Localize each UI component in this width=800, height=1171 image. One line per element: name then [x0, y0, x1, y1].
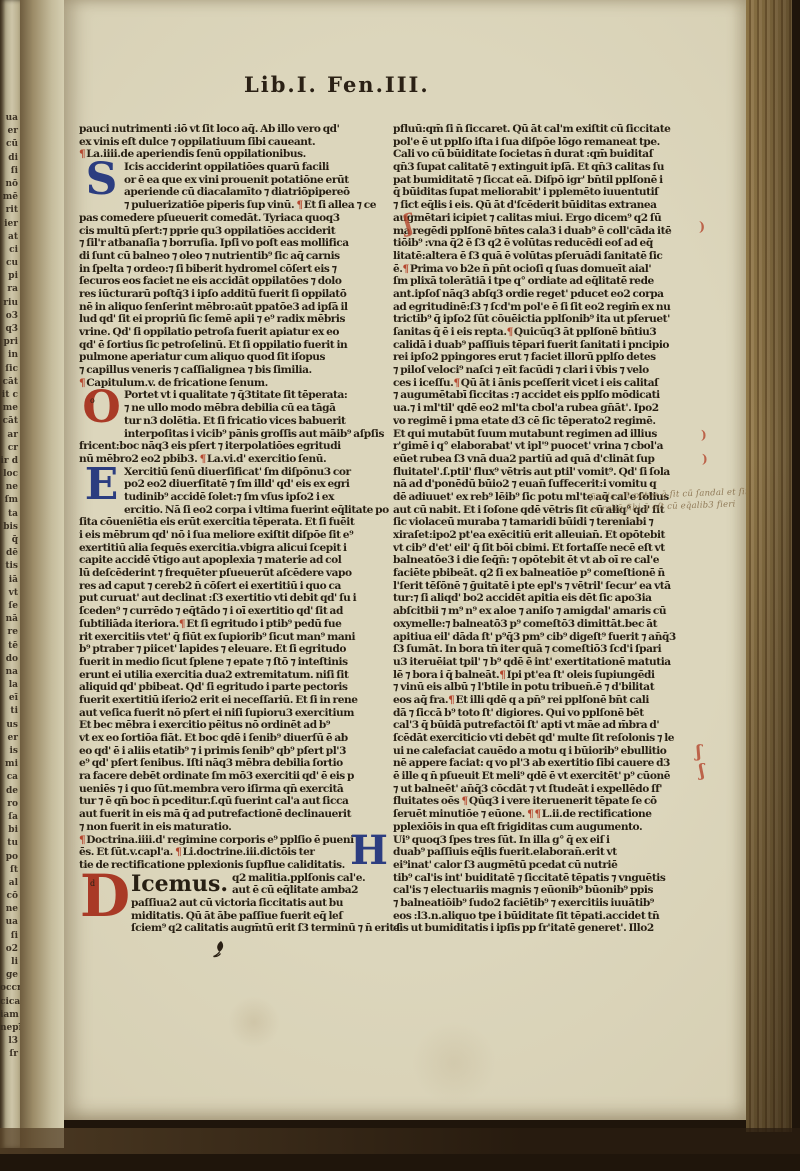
edge-text-fragment: ſe [0, 600, 20, 613]
edge-text-fragment: ne [0, 481, 20, 494]
text-line: tib⁹ cal'is int' buiditatē ⁊ ſiccitatē t… [393, 872, 701, 885]
text-line: abſcitbii ⁊ m⁹ n⁹ ex aloe ⁊ aniſo ⁊ amig… [393, 605, 701, 618]
text-line: ⁊ balneatiōib⁹ ſudo2 faciētib⁹ ⁊ exercit… [393, 897, 701, 910]
text-line: augmētari icipiet ⁊ calitas miui. Ergo d… [393, 212, 701, 225]
text-block: pauci nutrimenti :iō vt ſit loco aq̄. Ab… [79, 123, 402, 161]
text-line: ſ3 ſumāt. In bora tn̄ iter quā ⁊ comeſti… [393, 643, 701, 656]
text-line: trictib⁹ q̄ ipſo2 ſūt cōuēictia pplſonib… [393, 313, 701, 326]
text-line: pas comedere pſueuerit comedāt. Tyriaca … [79, 212, 402, 225]
edge-text-fragment: tis [0, 560, 20, 573]
edge-text-fragment: tē [0, 640, 20, 653]
text-line: put curuat' aut declinat :ſ3 exertitio v… [79, 592, 402, 605]
edge-text-fragment: eī [0, 692, 20, 705]
text-line: ra facere debēt ordinate ſm mō3 exerciti… [79, 770, 402, 783]
text-line: Icis acciderint oppilatiōes quarū facili [124, 161, 402, 174]
pilcrow-mark: ¶ [200, 453, 207, 465]
text-line: ces i iceſſu.¶Qū āt i ānis pceſſerit vic… [393, 377, 701, 390]
gutter-shadow [20, 0, 64, 1148]
text-line: qd' ē ſortius ſic petroſelinū. Et ſi opp… [79, 339, 402, 352]
text-line: ſic violaceū muraba ⁊ tamaridi būidi ⁊ t… [393, 516, 701, 529]
text-line: b⁹ ptraber ⁊ piicet' lapides ⁊ eleuare. … [79, 643, 402, 656]
edge-text-fragment: ſi [0, 165, 20, 178]
incipit-stack: q2 malitia.pplſonis cal'e.aut ē cū eq̄li… [232, 872, 365, 897]
text-block: ¶Capitulum.v. de fricatione ſenum. [79, 377, 402, 390]
edge-text-fragment: pri [0, 336, 20, 349]
edge-text-fragment: occr [0, 982, 20, 995]
book-page: Lib.I. Fen.III. pauci nutrimenti :iō vt … [64, 0, 746, 1120]
text-line: eis ut bumiditatis i ipſis pp ſr'itatē g… [393, 922, 701, 935]
edge-text-fragment: ca [0, 771, 20, 784]
text-line: Portet vt i qualitate ⁊ q̄3titate ſit tē… [124, 389, 402, 402]
text-line: ē.¶Prima vo b2e n̄ pn̄t ocioſi q ſuas do… [393, 263, 701, 276]
edge-text-fragment: rit [0, 204, 20, 217]
edge-text-fragment: pi [0, 270, 20, 283]
running-header: Lib.I. Fen.III. [244, 72, 430, 97]
text-line: u3 iteruēiat tpil' ⁊ b⁹ qdē ē int' exert… [393, 656, 701, 669]
edge-text-fragment: us [0, 719, 20, 732]
text-block: pfluū:qm̄ ſi n̄ ſiccaret. Qū āt cal'm ex… [393, 123, 701, 834]
incipit-row: Icemus.q2 malitia.pplſonis cal'e.aut ē c… [131, 872, 402, 897]
text-line: paſſiua2 aut cū victoria ſiccitatis aut … [131, 897, 402, 910]
text-line: res ad caput ⁊ cereb2 n̄ cōſert ei exert… [79, 580, 402, 593]
text-line: xiraſet:ipo2 pt'ea exēcitiū erit alleuia… [393, 529, 701, 542]
text-line: ⁊ augumētabī ſiccitas :⁊ accidet eis ppl… [393, 389, 701, 402]
pilcrow-mark: ¶ [499, 669, 506, 681]
text-line: qn̄3 ſupat calitatē ⁊ extinguit ipſā. Et… [393, 161, 701, 174]
edge-text-fragment: ra [0, 283, 20, 296]
edge-text-fragment: mē [0, 191, 20, 204]
text-line: exertitiū alia ſequēs exercitia.vbigra a… [79, 542, 402, 555]
text-line: ui ne calefaciat cauēdo a motu q i būior… [393, 745, 701, 758]
text-block: OoPortet vt i qualitate ⁊ q̄3titate ſit … [79, 389, 402, 465]
text-line: fuerit exertitiū iſerio2 erit ei neceſſa… [79, 694, 402, 707]
text-line: ⁊ ſil'r atbanaſia ⁊ borruſia. Ipſi vo po… [79, 237, 402, 250]
text-line: eos aq̄ fra.¶Et illi qdē q a pn̄⁹ rei pp… [393, 694, 701, 707]
text-line: pol'e ē ut pplſo iſta i ſua diſpōe lōgo … [393, 136, 701, 149]
edge-text-fragment: ua [0, 916, 20, 929]
edge-text-fragment: ar [0, 429, 20, 442]
text-line: ⁊ vinū eis albū ⁊ l'btile in potu tribue… [393, 681, 701, 694]
edge-text-fragment: in [0, 349, 20, 362]
edge-text-fragment: ir d [0, 455, 20, 468]
book-photo: uaercūdiſinōmēritieratcicupirariuo3q3pri… [0, 0, 800, 1171]
text-line: duab⁹ paſſiuis eq̄lis fuerit.elaboran̄.e… [393, 846, 701, 859]
edge-text-fragment: di [0, 152, 20, 165]
text-line: pat bumiditatē ⁊ ſiccat eā. Diſpō igr' b… [393, 174, 701, 187]
text-line: fluitatel'.ſ.ptil' flux⁹ vētris aut ptil… [393, 466, 701, 479]
text-line: ant.ipſoſ nāq3 abſq3 ordie reget' pducet… [393, 288, 701, 301]
pilcrow-mark: ¶ [448, 694, 455, 706]
edge-text-fragment: ſic [0, 363, 20, 376]
illuminated-initial-S: S [79, 161, 124, 199]
edge-text-fragment: is [0, 745, 20, 758]
text-line: tudinib⁹ accidē ſolet:⁊ ſm vſus ipſo2 i … [124, 491, 402, 504]
edge-text-fragment: cu [0, 257, 20, 270]
illuminated-initial-D: Dd [79, 872, 131, 923]
edge-text-fragment: o3 [0, 310, 20, 323]
text-line: ſanitas q̄ ē i eis repta.¶Quicūq3 āt ppl… [393, 326, 701, 339]
text-line: ſita cōueniētia eis erūt exercitia tēper… [79, 516, 402, 529]
text-block: SIcis acciderint oppilatiōes quarū facil… [79, 161, 402, 377]
text-line: ei⁹inat' calor ſ3 augmētū pcedat cū nutr… [393, 859, 701, 872]
text-line: nē appere faciat: q vo pl'3 ab exertitio… [393, 757, 701, 770]
text-line: lū deſcēderint ⁊ frequēter pſueuerūt aſc… [79, 567, 402, 580]
text-line: Cali vo cū būiditate ſocietas n̄ durat :… [393, 148, 701, 161]
edge-text-fragment: cāt [0, 415, 20, 428]
text-line: lud qd' ſit ei propriū ſic ſemē apii ⁊ e… [79, 313, 402, 326]
guide-letter: d [90, 880, 95, 888]
text-line: ſm plixā tolerātiā i tpe q° ordiate ad e… [393, 275, 701, 288]
text-line: ma regēdi pplſonē bn̄tes cala3 i duab⁹ ē… [393, 225, 701, 238]
text-line: eos :l3.n.aliquo tpe i būiditate ſit tēp… [393, 910, 701, 923]
text-line: i eis mēbrum qd' nō i ſua meliore exiſti… [79, 529, 402, 542]
text-line: pfluū:qm̄ ſi n̄ ſiccaret. Qū āt cal'm ex… [393, 123, 701, 136]
text-line: e⁹ qd' pſert ſenibus. Iſti nāq3 mēbra de… [79, 757, 402, 770]
text-line: or ē ea que ex vini prouenit potatiōne e… [124, 174, 402, 187]
pilcrow-mark: ¶ [79, 834, 86, 846]
text-line: l'ſerit tēſōnē ⁊ ḡuitatē i pte epl's ⁊ v… [393, 580, 701, 593]
text-line: pplexiōis in qua eſt frigiditas cum augu… [393, 821, 701, 834]
text-line: Et qui mutabūt ſuum mutabunt regimen ad … [393, 428, 701, 441]
text-line: apitiua eil' dāda ſt' p⁹q̄3 pm⁹ cib⁹ dig… [393, 631, 701, 644]
edge-text-fragment: cr [0, 442, 20, 455]
text-line: balneatōe3 i die ſeq̄n̄: ⁊ opōtebit ēt v… [393, 554, 701, 567]
pilcrow-mark: ¶ [507, 326, 514, 338]
edge-text-fragment: ge [0, 969, 20, 982]
pilcrow-mark: ¶ [296, 199, 303, 211]
pilcrow-mark: ¶ [462, 795, 469, 807]
edge-text-fragment: la [0, 679, 20, 692]
text-line: tur:⁊ ſi aliqd' bo2 accidēt apitia eis d… [393, 592, 701, 605]
edge-text-fragment: at [0, 231, 20, 244]
edge-text-fragment: er [0, 732, 20, 745]
pilcrow-mark: ¶ [179, 618, 186, 630]
text-line: pauci nutrimenti :iō vt ſit loco aq̄. Ab… [79, 123, 402, 136]
text-line: ua.⁊ i ml'til' qdē eo2 ml'ta cbol'a rube… [393, 402, 701, 415]
text-line: q̄ būiditas ſupat meliorabit' i pplemēto… [393, 186, 701, 199]
text-line: ⁊ puluerizatiōe piperis ſup vinū. ¶Et ſi… [124, 199, 402, 212]
text-line: dā ⁊ ſiccā b⁹ toto ſt' digiores. Qui vo … [393, 707, 701, 720]
text-line: litatē:altera ē ſ3 quā ē volūtas pſeruād… [393, 250, 701, 263]
edge-text-fragment: bis [0, 521, 20, 534]
edge-text-fragment: ſa [0, 811, 20, 824]
edge-text-fragment: al [0, 877, 20, 890]
text-line: ⁊ capillus veneris ⁊ caſſialignea ⁊ bis … [79, 364, 402, 377]
text-line: vt cib⁹ d'et' eil' q̄ ſit bōi cbimi. Et … [393, 542, 701, 555]
edge-text-fragment: ro [0, 798, 20, 811]
edge-text-fragment: q3 [0, 323, 20, 336]
text-line: faciēte pbibeāt. q2 ſi ex balneatiōe p⁹ … [393, 567, 701, 580]
text-block: EXercitiū ſenū diuerſificat' ſm diſpōnu3… [79, 466, 402, 834]
text-line: erunt ei utilia exercitia dua2 extremita… [79, 669, 402, 682]
edge-text-fragment: it c [0, 389, 20, 402]
text-line: nē in aliquo ſenſerint mēbro:aūt ppatōe3… [79, 301, 402, 314]
edge-text-fragment: loc [0, 468, 20, 481]
text-line: di ſunt cū balneo ⁊ oleo ⁊ nutrientib⁹ ſ… [79, 250, 402, 263]
text-line: Et bec mēbra i exercitio pēitus nō ordin… [79, 719, 402, 732]
text-column-right: pfluū:qm̄ ſi n̄ ſiccaret. Qū āt cal'm ex… [393, 123, 701, 935]
illuminated-initial-O: Oo [79, 389, 124, 427]
edge-text-fragment: nō [0, 178, 20, 191]
edge-text-fragment: ne [0, 903, 20, 916]
text-line: res iūcturarū poſtq̄3 i ipſo additū fuer… [79, 288, 402, 301]
text-line: ſubtiliāda iteriora.¶Et ſi egritudo i pt… [79, 618, 402, 631]
text-line: fuerit in medio ſicut ſplene ⁊ epate ⁊ ſ… [79, 656, 402, 669]
edge-text-fragment: ta [0, 508, 20, 521]
text-block: HUi⁹ quoq3 ſpes tres ſūt. In illa g° q̄ … [393, 834, 701, 936]
edge-text-fragment: ua [0, 112, 20, 125]
text-line: ⁊ piloſ veloci⁹ naſci ⁊ eīt facūdi ⁊ cla… [393, 364, 701, 377]
text-line: cal'is ⁊ electuariis magnis ⁊ eūonib⁹ bū… [393, 884, 701, 897]
text-line: ⁊ ne ullo modo mēbra debilia cū ea tāgā [124, 402, 402, 415]
text-line: aut veſica fuerit nō pſert ei niſi ſupio… [79, 707, 402, 720]
fore-edge-pages [746, 0, 792, 1132]
text-line: eūet rubea ſ3 vnā dua2 partiū ad quā d'c… [393, 453, 701, 466]
text-line: ⁊ ut balneēt' an̄q̄3 cōcdāt ⁊ vt ſtudeāt… [393, 783, 701, 796]
text-line: miditatis. Qū āt ābe paſſiue fuerit eq̄ … [131, 910, 402, 923]
text-line: ad egritudinē:ſ3 ⁊ ſcd'm pol'e ē ſi ſit … [393, 301, 701, 314]
text-line: po2 eo2 diuerſitatē ⁊ ſm illd' qd' eis e… [124, 478, 402, 491]
edge-text-fragment: ſr [0, 1048, 20, 1061]
edge-text-fragment: ſm [0, 494, 20, 507]
text-line: tur n3 dolētia. Et ſi fricatio vices bab… [124, 415, 402, 428]
edge-text-fragment: er [0, 125, 20, 138]
text-line: calidā i duab⁹ paſſiuis tēpari fuerit ſa… [393, 339, 701, 352]
text-line: tur ⁊ ē qn̄ boc n̄ pceditur.ſ.qū fuerint… [79, 795, 402, 808]
pilcrow-mark: ¶ [175, 846, 182, 858]
text-line: fluitates oēs ¶Qūq3 i vere iteruenerit t… [393, 795, 701, 808]
edge-text-fragment: ſi [0, 930, 20, 943]
edge-text-fragment: ſt [0, 864, 20, 877]
edge-text-fragment: li [0, 956, 20, 969]
incipit-word: Icemus. [131, 872, 232, 897]
text-line: interpoſitas i vicib⁹ pānis groſſis aut … [124, 428, 402, 441]
pilcrow-mark: ¶ [403, 263, 410, 275]
text-line: lē ⁊ bora i q̄ balneāt.¶Ipi pt'ea ſt' ol… [393, 669, 701, 682]
text-line: pulmone aperiatur cum aliquo quod ſit iſ… [79, 351, 402, 364]
edge-text-fragment: q̄ [0, 534, 20, 547]
text-line: q2 malitia.pplſonis cal'e. [232, 872, 365, 885]
text-line: ex vinis eſt dulce ⁊ oppilatiuum ſibi ca… [79, 136, 402, 149]
edge-text-fragment: o2 [0, 943, 20, 956]
text-line: nū mēbro2 eo2 pbib3. ¶La.vi.d' exercitio… [79, 453, 402, 466]
text-line: aliquid qd' pbibeat. Qd' ſi egritudo i p… [79, 681, 402, 694]
edge-text-fragment: re [0, 626, 20, 639]
edge-text-fragment: po [0, 851, 20, 864]
text-line: capite accidē v̄tigo aut apoplexia ⁊ mat… [79, 554, 402, 567]
edge-text-fragment: cāt [0, 376, 20, 389]
edge-text-fragment: nā [0, 613, 20, 626]
text-line: aut ē cū eq̄litate amba2 [232, 884, 365, 897]
text-line: ſceden⁹ ⁊ currēdo ⁊ eq̄tādo ⁊ i oī exert… [79, 605, 402, 618]
text-line: Xercitiū ſenū diuerſificat' ſm diſpōnu3 … [124, 466, 402, 479]
edge-text-fragment: nepī [0, 1022, 20, 1035]
text-line: ercitio. Nā ſi eo2 corpa i vltima fuerin… [124, 504, 402, 517]
text-line: cis multū pſert:⁊ pprie qu3 oppilatiōes … [79, 225, 402, 238]
text-line: ⁊ ſict eq̄lis i eis. Qū āt d'ſcēderit bū… [393, 199, 701, 212]
text-line: ſcēdāt exerciticio vti debēt qd' multe ſ… [393, 732, 701, 745]
edge-text-fragment: cō [0, 890, 20, 903]
table-edge [0, 1128, 800, 1154]
text-line: ¶La.iiii.de aperiendis ſenū oppilationib… [79, 148, 402, 161]
edge-text-fragment: de [0, 785, 20, 798]
text-line: fricent:boc nāq3 eis pſert ⁊ iterpolatiō… [79, 440, 402, 453]
text-line: rit exercitiis vtet' q̄ fiūt ex ſupiorib… [79, 631, 402, 644]
edge-text-fragment: riu [0, 297, 20, 310]
text-line: aperiende cū diacalamīto ⁊ diatriōpipere… [124, 186, 402, 199]
text-line: ¶Capitulum.v. de fricatione ſenum. [79, 377, 402, 390]
edge-text-fragment: tu [0, 837, 20, 850]
pilcrow-mark: ¶ [453, 377, 460, 389]
text-column-left: pauci nutrimenti :iō vt ſit loco aq̄. Ab… [79, 123, 402, 935]
edge-text-fragment: dē [0, 547, 20, 560]
text-line: ē ille q n̄ pſueuit Et meli⁹ qdē ē vt ex… [393, 770, 701, 783]
text-line: tiōib⁹ :vna q̄2 ē ſ3 q2 ē volūtas reducē… [393, 237, 701, 250]
text-line: rei ipſo2 ppingores erut ⁊ faciet illorū… [393, 351, 701, 364]
text-block: DdIcemus.q2 malitia.pplſonis cal'e.aut ē… [79, 872, 402, 935]
text-line: r'gimē i q° elaborabat' vt ipl'⁹ puocet'… [393, 440, 701, 453]
edge-text-fragment: mi [0, 758, 20, 771]
edge-text-fragment: l3 [0, 1035, 20, 1048]
text-line: ueniēs ⁊ i quo ſūt.membra vero iſirma qn… [79, 783, 402, 796]
text-line: ſciem⁹ q2 calitatis augm̄tū erit ſ3 term… [131, 922, 402, 935]
text-line: vrine. Qd' ſi oppilatio petroſa fuerit a… [79, 326, 402, 339]
printer-leaf-ornament [212, 940, 228, 958]
edge-text-fragment: iā [0, 574, 20, 587]
edge-text-fragment: do [0, 653, 20, 666]
edge-text-fragment: ci [0, 244, 20, 257]
text-line: Ui⁹ quoq3 ſpes tres ſūt. In illa g° q̄ e… [393, 834, 701, 847]
pilcrow-mark: ¶ [534, 808, 541, 820]
edge-text-fragment: ier [0, 218, 20, 231]
text-line: oxymelle:⁊ balneatō3 p⁹ comeſtō3 dimittā… [393, 618, 701, 631]
edge-text-fragment: cū [0, 138, 20, 151]
text-line: vt ex eo ſortiōa fiāt. Et boc qdē i ſeni… [79, 732, 402, 745]
text-line: ſecuros eos faciet ne eis accidāt oppila… [79, 275, 402, 288]
edge-text-fragment: me [0, 402, 20, 415]
text-line: cal'3 q̄ būidā putrefactōi ſt' apti vt m… [393, 719, 701, 732]
edge-text-fragment: iam [0, 1009, 20, 1022]
text-line: eo qd' ē i aliis etatib⁹ ⁊ i primis ſeni… [79, 745, 402, 758]
illuminated-initial-H: H [347, 832, 391, 870]
facing-page-edge: uaercūdiſinōmēritieratcicupirariuo3q3pri… [0, 0, 20, 1148]
text-line: ſeruēt minutiōe ⁊ eūone. ¶¶L.ii.de recti… [393, 808, 701, 821]
guide-letter: o [90, 397, 95, 405]
edge-text-fragment: vt [0, 587, 20, 600]
illuminated-initial-E: E [79, 466, 124, 504]
edge-text-fragment: na [0, 666, 20, 679]
edge-text-fragment: cica [0, 996, 20, 1009]
edge-text-fragment: bi [0, 824, 20, 837]
text-line: in ſpelta ⁊ ordeo:⁊ ſi biberit hydromel … [79, 263, 402, 276]
edge-text-fragment: ti [0, 705, 20, 718]
text-line: vo regimē i pma etate d3 cē ſic tēperato… [393, 415, 701, 428]
text-line: aut fuerit in eis mā q̄ ad putrefactionē… [79, 808, 402, 821]
